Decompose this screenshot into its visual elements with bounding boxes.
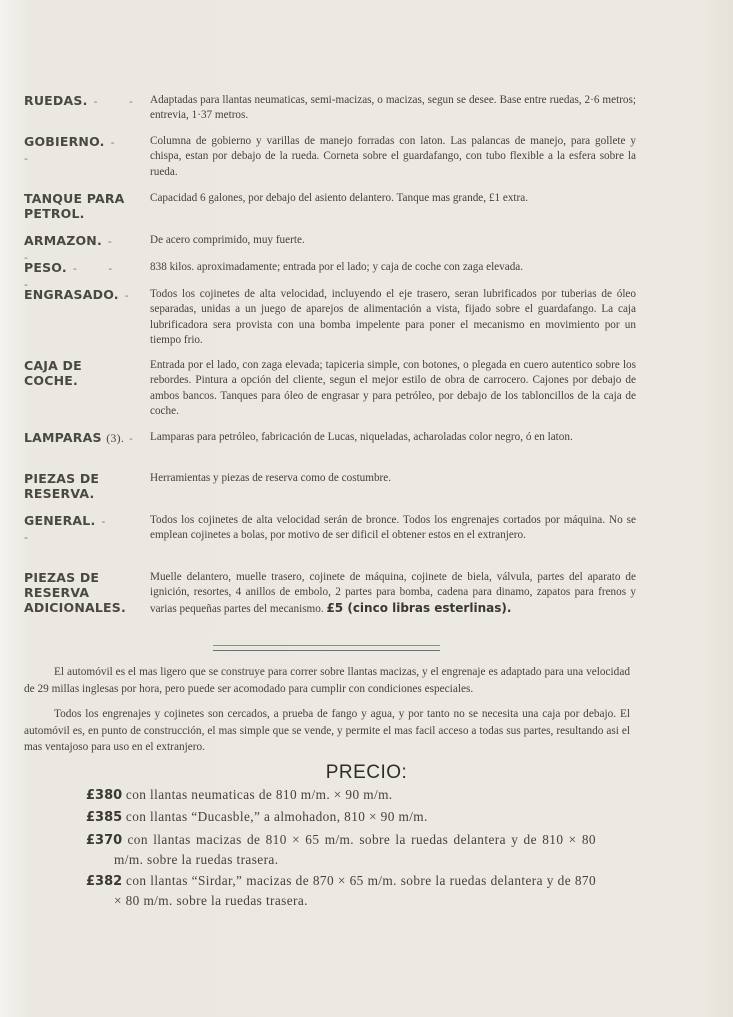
spec-description: Muelle delantero, muelle trasero, cojine… bbox=[150, 570, 636, 617]
price-item: £382 con llantas “Sirdar,” macizas de 87… bbox=[86, 871, 596, 910]
spec-term: GENERAL.- - bbox=[24, 513, 150, 545]
double-rule-divider bbox=[213, 645, 440, 651]
spec-description: De acero comprimido, muy fuerte. bbox=[150, 233, 636, 248]
paragraph-intro: El automóvil es el mas ligero que se con… bbox=[24, 664, 630, 697]
price-item: £380 con llantas neumaticas de 810 m/m. … bbox=[86, 785, 596, 805]
spec-description: Entrada por el lado, con zaga elevada; t… bbox=[150, 358, 636, 419]
spec-term: RUEDAS.- - bbox=[24, 93, 150, 109]
price-extra: £5 (cinco libras esterlinas). bbox=[326, 601, 511, 615]
spec-term: PIEZAS DE RESERVA. bbox=[24, 471, 150, 501]
spec-term: CAJA DE COCHE. bbox=[24, 358, 150, 388]
price-description: con llantas macizas de 810 × 65 m/m. sob… bbox=[114, 832, 596, 867]
price-item: £370 con llantas macizas de 810 × 65 m/m… bbox=[86, 830, 596, 869]
spec-description: Lamparas para petróleo, fabricación de L… bbox=[150, 430, 636, 445]
spec-tanque-para-petrol: TANQUE PARA PETROL. Capacidad 6 galones,… bbox=[24, 191, 636, 221]
spec-term: PIEZAS DE RESERVA ADICIONALES. bbox=[24, 570, 150, 615]
spec-description: Columna de gobierno y varillas de manejo… bbox=[150, 134, 636, 180]
price-description: con llantas “Sirdar,” macizas de 870 × 6… bbox=[114, 873, 596, 908]
price-amount: £380 bbox=[86, 788, 122, 803]
spec-ruedas: RUEDAS.- - Adaptadas para llantas neumat… bbox=[24, 93, 636, 124]
spec-gobierno: GOBIERNO.- - Columna de gobierno y varil… bbox=[24, 134, 636, 180]
price-description: con llantas “Ducasble,” a almohadon, 810… bbox=[126, 809, 428, 824]
spec-term: LAMPARAS (3).- bbox=[24, 430, 150, 446]
paragraph-construction: Todos los engrenajes y cojinetes son cer… bbox=[24, 706, 630, 756]
price-amount: £370 bbox=[86, 833, 122, 848]
price-amount: £382 bbox=[86, 874, 122, 889]
spec-general: GENERAL.- - Todos los cojinetes de alta … bbox=[24, 513, 636, 545]
spec-term: TANQUE PARA PETROL. bbox=[24, 191, 150, 221]
spec-piezas-de-reserva: PIEZAS DE RESERVA. Herramientas y piezas… bbox=[24, 471, 636, 501]
spec-term: ENGRASADO.- bbox=[24, 287, 150, 303]
spec-lamparas: LAMPARAS (3).- Lamparas para petróleo, f… bbox=[24, 430, 636, 446]
spec-description: 838 kilos. aproximadamente; entrada por … bbox=[150, 260, 636, 275]
spec-engrasado: ENGRASADO.- Todos los cojinetes de alta … bbox=[24, 287, 636, 348]
spec-description: Todos los cojinetes de alta velocidad, i… bbox=[150, 287, 636, 348]
spec-description: Adaptadas para llantas neumaticas, semi-… bbox=[150, 93, 636, 124]
document-page: RUEDAS.- - Adaptadas para llantas neumat… bbox=[0, 0, 733, 1017]
spec-description: Capacidad 6 galones, por debajo del asie… bbox=[150, 191, 636, 206]
spec-piezas-de-reserva-adicionales: PIEZAS DE RESERVA ADICIONALES. Muelle de… bbox=[24, 570, 636, 617]
spec-caja-de-coche: CAJA DE COCHE. Entrada por el lado, con … bbox=[24, 358, 636, 419]
spec-description: Herramientas y piezas de reserva como de… bbox=[150, 471, 636, 486]
price-item: £385 con llantas “Ducasble,” a almohadon… bbox=[86, 807, 596, 827]
price-description: con llantas neumaticas de 810 m/m. × 90 … bbox=[126, 787, 393, 802]
spec-term: GOBIERNO.- - bbox=[24, 134, 150, 166]
price-amount: £385 bbox=[86, 810, 122, 825]
spec-description: Todos los cojinetes de alta velocidad se… bbox=[150, 513, 636, 544]
price-heading: PRECIO: bbox=[0, 762, 733, 784]
